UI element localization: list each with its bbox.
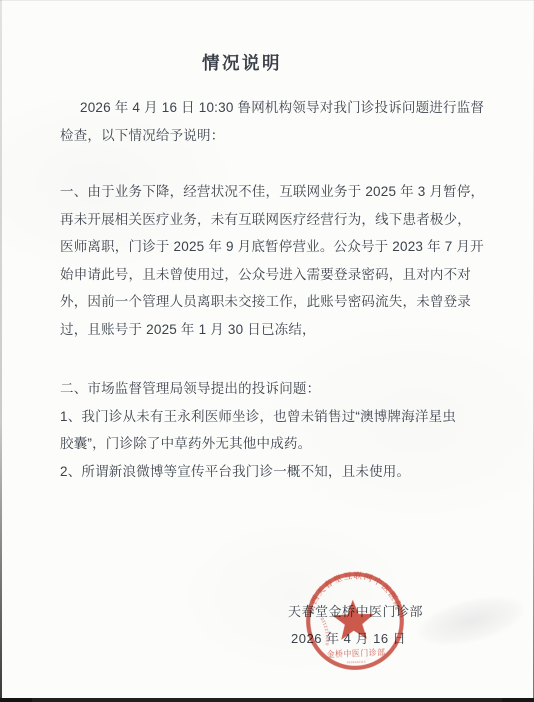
intro-paragraph: 2026 年 4 月 16 日 10:30 鲁网机构领导对我门诊投诉问题进行监督… [60, 94, 492, 149]
text-line: 医师离职，门诊于 2025 年 9 月底暂停营业。公众号于 2023 年 7 月… [60, 233, 492, 261]
seal-icon: 陕西天春堂互联网中医医院 6101122110 金桥中医门诊部 61011221… [301, 567, 409, 675]
scan-edge-bottom [0, 698, 534, 702]
text-line: 过，且账号于 2025 年 1 月 30 日已冻结， [60, 316, 492, 344]
seal-serial-number: 6101122110 [319, 616, 330, 646]
scan-edge-left [0, 0, 2, 702]
text-line: 1、我门诊从未有王永利医师坐诊，也曾未销售过“澳博牌海洋星虫 [60, 403, 492, 431]
text-line: 2026 年 4 月 16 日 10:30 鲁网机构领导对我门诊投诉问题进行监督 [60, 94, 492, 122]
text-line: 2、所谓新浪微博等宣传平台我门诊一概不知，且未使用。 [60, 458, 492, 486]
scan-edge-top [0, 0, 534, 1]
text-line: 一、由于业务下降，经营状况不佳，互联网业务于 2025 年 3 月暂停， [60, 178, 492, 206]
text-line: 始申请此号，且未曾使用过，公众号进入需要登录密码，且对内不对 [60, 261, 492, 289]
text-line: 外，因前一个管理人员离职未交接工作，此账号密码流失，未曾登录 [60, 288, 492, 316]
official-seal-stamp: 陕西天春堂互联网中医医院 6101122110 金桥中医门诊部 61011221… [301, 567, 409, 675]
text-line: 检查，以下情况给予说明： [60, 122, 492, 150]
document-title: 情况说明 [0, 50, 484, 78]
text-line: 再未开展相关医疗业务，未有互联网医疗经营行为，线下患者极少， [60, 206, 492, 234]
svg-text:6101122110: 6101122110 [319, 616, 330, 646]
seal-bottom-text: 金桥中医门诊部 [327, 647, 386, 659]
section-one-paragraph: 一、由于业务下降，经营状况不佳，互联网业务于 2025 年 3 月暂停，再未开展… [60, 178, 492, 343]
seal-micro-serial: 6101122110 [347, 660, 366, 665]
seal-star-icon [332, 599, 375, 640]
scan-smudge [403, 578, 534, 665]
scanned-document-page: 情况说明 2026 年 4 月 16 日 10:30 鲁网机构领导对我门诊投诉问… [0, 0, 534, 702]
text-line: 二、市场监督管理局领导提出的投诉问题： [60, 375, 492, 403]
section-two-paragraph: 二、市场监督管理局领导提出的投诉问题：1、我门诊从未有王永利医师坐诊，也曾未销售… [60, 375, 492, 485]
text-line: 胶囊”，门诊除了中草药外无其他中成药。 [60, 430, 492, 458]
